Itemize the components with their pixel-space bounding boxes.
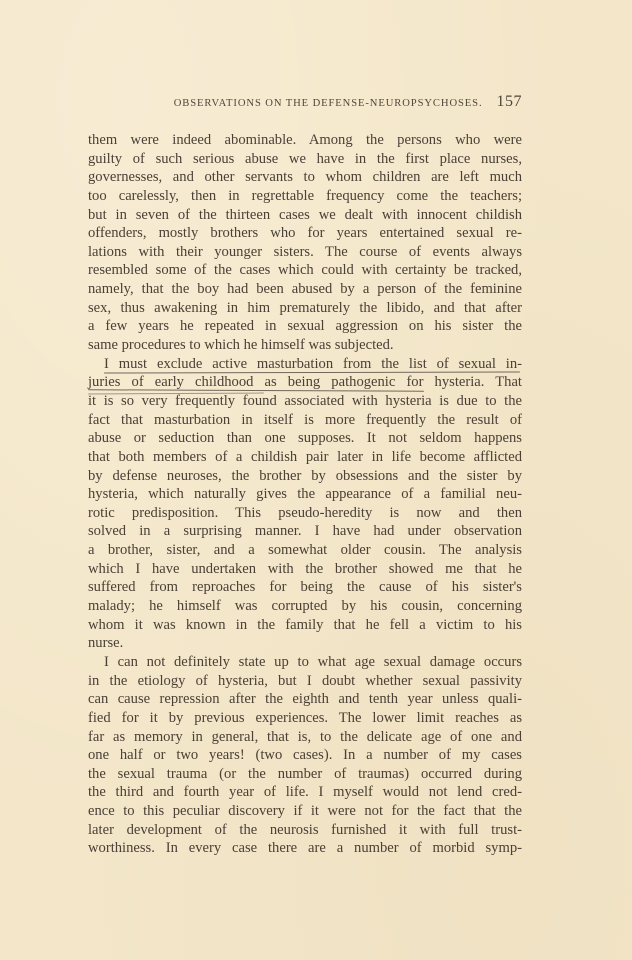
text-line: malady; he himself was corrupted by his … xyxy=(88,597,522,616)
text-line: solved in a surprising manner. I have ha… xyxy=(88,522,522,541)
text-line: which I have undertaken with the brother… xyxy=(88,560,522,579)
text-line-underlined: I must exclude active masturbation from … xyxy=(88,355,522,374)
text-line: lations with their younger sisters. The … xyxy=(88,243,522,262)
text-line: in the etiology of hysteria, but I doubt… xyxy=(88,672,522,691)
text-line: it is so very frequently found associate… xyxy=(88,392,522,411)
text-line: one half or two years! (two cases). In a… xyxy=(88,746,522,765)
text-line: fact that masturbation in itself is more… xyxy=(88,411,522,430)
text-line: resembled some of the cases which could … xyxy=(88,261,522,280)
text-line: ence to this peculiar discovery if it we… xyxy=(88,802,522,821)
text-line: can cause repression after the eighth an… xyxy=(88,690,522,709)
text-line: same procedures to which he himself was … xyxy=(88,336,522,355)
text-line: too carelessly, then in regrettable freq… xyxy=(88,187,522,206)
text-line: the third and fourth year of life. I mys… xyxy=(88,783,522,802)
text-line: a few years he repeated in sexual aggres… xyxy=(88,317,522,336)
book-page: OBSERVATIONS ON THE DEFENSE-NEUROPSYCHOS… xyxy=(0,0,632,960)
text-line: namely, that the boy had been abused by … xyxy=(88,280,522,299)
text-line: a brother, sister, and a somewhat older … xyxy=(88,541,522,560)
text-line: the sexual trauma (or the number of trau… xyxy=(88,765,522,784)
text-line: far as memory in general, that is, to th… xyxy=(88,728,522,747)
text-line: worthiness. In every case there are a nu… xyxy=(88,839,522,858)
text-line: suffered from reproaches for being the c… xyxy=(88,578,522,597)
text-line: sex, thus awakening in him prematurely t… xyxy=(88,299,522,318)
text-line: offenders, mostly brothers who for years… xyxy=(88,224,522,243)
body-text: them were indeed abominable. Among the p… xyxy=(88,131,522,858)
text-line: whom it was known in the family that he … xyxy=(88,616,522,635)
running-title: OBSERVATIONS ON THE DEFENSE-NEUROPSYCHOS… xyxy=(174,98,483,109)
text-line: abuse or seduction than one supposes. It… xyxy=(88,429,522,448)
page-number: 157 xyxy=(497,93,523,111)
text-line: hysteria, which naturally gives the appe… xyxy=(88,485,522,504)
text-line: guilty of such serious abuse we have in … xyxy=(88,150,522,169)
text-line: fied for it by previous experiences. The… xyxy=(88,709,522,728)
text-line: nurse. xyxy=(88,634,522,653)
text-line: later development of the neurosis furnis… xyxy=(88,821,522,840)
text-line: that both members of a childish pair lat… xyxy=(88,448,522,467)
text-line: rotic predisposition. This pseudo-heredi… xyxy=(88,504,522,523)
paragraph-3: I can not definitely state up to what ag… xyxy=(88,653,522,858)
text-line: I can not definitely state up to what ag… xyxy=(88,653,522,672)
text-line: but in seven of the thirteen cases we de… xyxy=(88,206,522,225)
text-line: them were indeed abominable. Among the p… xyxy=(88,131,522,150)
text-line: by defense neuroses, the brother by obse… xyxy=(88,467,522,486)
text-line: governesses, and other servants to whom … xyxy=(88,168,522,187)
paragraph-1: them were indeed abominable. Among the p… xyxy=(88,131,522,355)
paragraph-2: I must exclude active masturbation from … xyxy=(88,355,522,653)
running-header: OBSERVATIONS ON THE DEFENSE-NEUROPSYCHOS… xyxy=(88,93,522,113)
